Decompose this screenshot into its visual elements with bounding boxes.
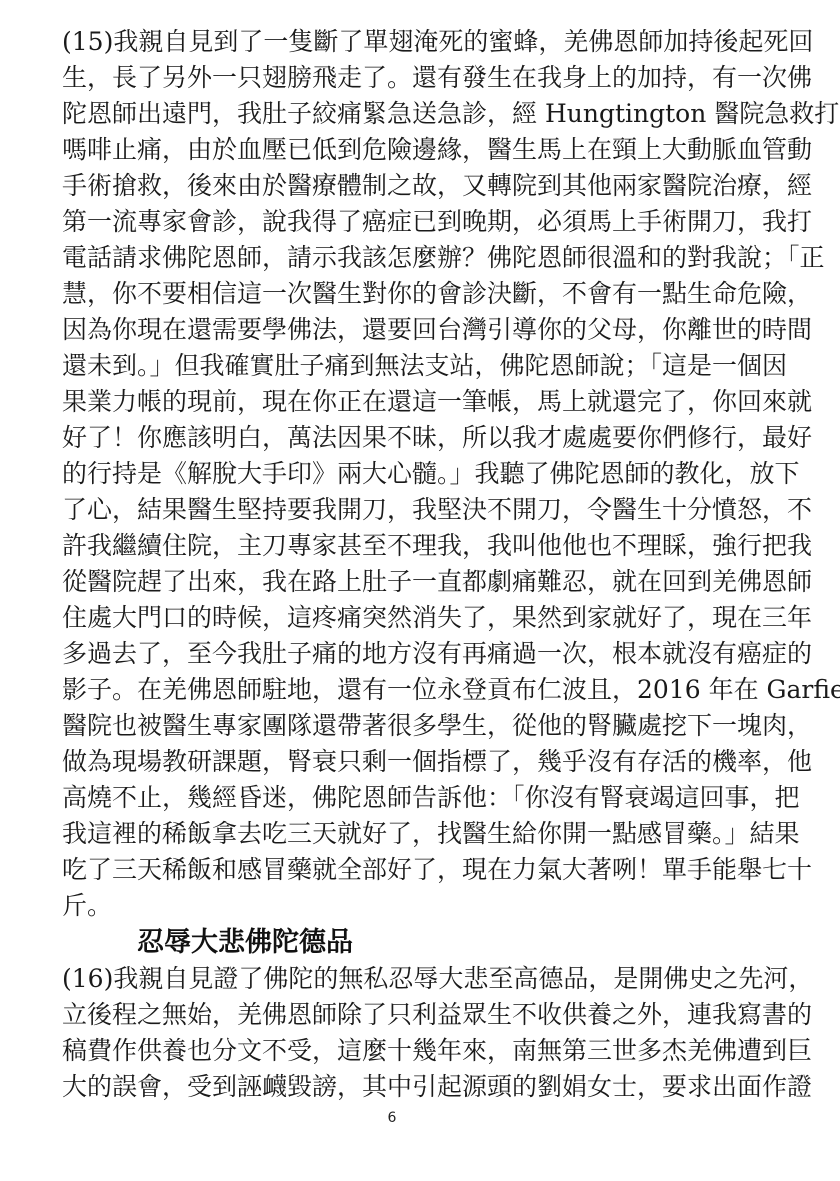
document-page: (15)我親自見到了一隻斷了單翅淹死的蜜蜂，羌佛恩師加持後起死回 生，長了另外一… [0, 0, 840, 1181]
text-line: 陀恩師出遠門，我肚子絞痛緊急送急診，經 Hungtington 醫院急救打 [62, 96, 718, 132]
text-line: 我這裡的稀飯拿去吃三天就好了，找醫生給你開一點感冒藥。」結果 [62, 816, 718, 852]
text-line: 從醫院趕了出來，我在路上肚子一直都劇痛難忍，就在回到羌佛恩師 [62, 564, 718, 600]
text-line: 稿費作供養也分文不受，這麼十幾年來，南無第三世多杰羌佛遭到巨 [62, 1033, 718, 1069]
text-line: 做為現場教研課題，腎衰只剩一個指標了，幾乎沒有存活的機率，他 [62, 744, 718, 780]
text-line: 了心，結果醫生堅持要我開刀，我堅決不開刀，令醫生十分憤怒，不 [62, 492, 718, 528]
text-line: 許我繼續住院，主刀專家甚至不理我，我叫他他也不理睬，強行把我 [62, 528, 718, 564]
paragraph-16: (16)我親自見證了佛陀的無私忍辱大悲至高德品，是開佛史之先河， 立後程之無始，… [62, 961, 718, 1105]
text-line: 第一流專家會診，說我得了癌症已到晚期，必須馬上手術開刀，我打 [62, 204, 718, 240]
text-line: 高燒不止，幾經昏迷，佛陀恩師告訴他：「你沒有腎衰竭這回事，把 [62, 780, 718, 816]
page-number: 6 [0, 1110, 784, 1126]
text-line: 住處大門口的時候，這疼痛突然消失了，果然到家就好了，現在三年 [62, 600, 718, 636]
text-line: 還未到。」但我確實肚子痛到無法支站，佛陀恩師說；「這是一個因 [62, 348, 718, 384]
text-line: 立後程之無始，羌佛恩師除了只利益眾生不收供養之外，連我寫書的 [62, 997, 718, 1033]
text-line: 多過去了，至今我肚子痛的地方沒有再痛過一次，根本就沒有癌症的 [62, 636, 718, 672]
text-line: 吃了三天稀飯和感冒藥就全部好了，現在力氣大著咧！單手能舉七十 [62, 852, 718, 888]
text-line: 電話請求佛陀恩師，請示我該怎麼辦？佛陀恩師很溫和的對我說；「正 [62, 240, 718, 276]
text-line: 果業力帳的現前，現在你正在還這一筆帳，馬上就還完了，你回來就 [62, 384, 718, 420]
text-line: 生，長了另外一只翅膀飛走了。還有發生在我身上的加持，有一次佛 [62, 60, 718, 96]
text-line: 大的誤會，受到誣衊毀謗，其中引起源頭的劉娟女士，要求出面作證 [62, 1069, 718, 1105]
text-line: 手術搶救，後來由於醫療體制之故，又轉院到其他兩家醫院治療，經 [62, 168, 718, 204]
text-line: 斤。 [62, 888, 718, 924]
text-line: (16)我親自見證了佛陀的無私忍辱大悲至高德品，是開佛史之先河， [62, 961, 718, 997]
text-line: 影子。在羌佛恩師駐地，還有一位永登貢布仁波且，2016 年在 Garfield [62, 672, 718, 708]
text-line: 的行持是《解脫大手印》兩大心髓。」我聽了佛陀恩師的教化，放下 [62, 456, 718, 492]
text-line: 醫院也被醫生專家團隊還帶著很多學生，從他的腎臟處挖下一塊肉， [62, 708, 718, 744]
text-line: 因為你現在還需要學佛法，還要回台灣引導你的父母，你離世的時間 [62, 312, 718, 348]
text-line: 好了！你應該明白，萬法因果不昧，所以我才處處要你們修行，最好 [62, 420, 718, 456]
text-line: (15)我親自見到了一隻斷了單翅淹死的蜜蜂，羌佛恩師加持後起死回 [62, 24, 718, 60]
text-line: 嗎啡止痛，由於血壓已低到危險邊緣，醫生馬上在頸上大動脈血管動 [62, 132, 718, 168]
text-line: 慧，你不要相信這一次醫生對你的會診決斷，不會有一點生命危險， [62, 276, 718, 312]
section-heading: 忍辱大悲佛陀德品 [137, 923, 353, 963]
paragraph-15: (15)我親自見到了一隻斷了單翅淹死的蜜蜂，羌佛恩師加持後起死回 生，長了另外一… [62, 24, 718, 924]
